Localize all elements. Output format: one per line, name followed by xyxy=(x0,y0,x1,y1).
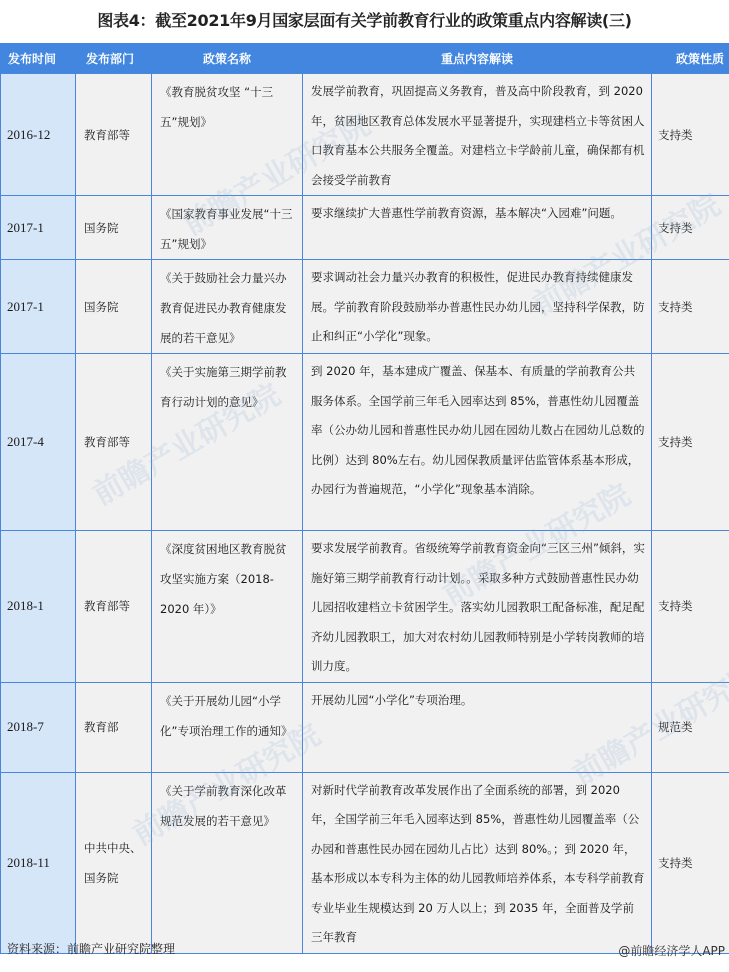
cell-dept: 教育部等 xyxy=(76,354,152,531)
cell-dept: 教育部等 xyxy=(76,531,152,683)
cell-time: 2016-12 xyxy=(1,74,76,196)
cell-dept: 国务院 xyxy=(76,260,152,354)
cell-dept: 国务院 xyxy=(76,196,152,260)
header-time: 发布时间 xyxy=(1,43,76,74)
policy-table: 发布时间 发布部门 政策名称 重点内容解读 政策性质 2016-12 教育部等 … xyxy=(0,43,729,954)
table-row: 2017-1 国务院 《国家教育事业发展“十三五”规划》 要求继续扩大普惠性学前… xyxy=(1,196,729,260)
cell-content: 开展幼儿园“小学化”专项治理。 xyxy=(303,682,652,772)
table-row: 2018-7 教育部 《关于开展幼儿园“小学化”专项治理工作的通知》 开展幼儿园… xyxy=(1,682,729,772)
cell-policy-type: 支持类 xyxy=(652,531,729,683)
table-row: 2017-1 国务院 《关于鼓励社会力量兴办教育促进民办教育健康发展的若干意见》… xyxy=(1,260,729,354)
chart-title: 图表4：截至2021年9月国家层面有关学前教育行业的政策重点内容解读(三) xyxy=(0,0,729,43)
table-row: 2017-4 教育部等 《关于实施第三期学前教育行动计划的意见》 到 2020 … xyxy=(1,354,729,531)
credit-label: @前瞻经济学人APP xyxy=(618,942,725,959)
cell-content: 到 2020 年，基本建成广覆盖、保基本、有质量的学前教育公共服务体系。全国学前… xyxy=(303,354,652,531)
table-header-row: 发布时间 发布部门 政策名称 重点内容解读 政策性质 xyxy=(1,43,729,74)
table-row: 2018-11 中共中央、国务院 《关于学前教育深化改革规范发展的若干意见》 对… xyxy=(1,772,729,953)
cell-policy-name: 《关于开展幼儿园“小学化”专项治理工作的通知》 xyxy=(152,682,303,772)
cell-dept: 中共中央、国务院 xyxy=(76,772,152,953)
cell-content: 要求发展学前教育。省级统筹学前教育资金向“三区三州”倾斜，实施好第三期学前教育行… xyxy=(303,531,652,683)
cell-policy-type: 支持类 xyxy=(652,772,729,953)
cell-time: 2018-11 xyxy=(1,772,76,953)
cell-dept: 教育部 xyxy=(76,682,152,772)
cell-policy-name: 《关于鼓励社会力量兴办教育促进民办教育健康发展的若干意见》 xyxy=(152,260,303,354)
cell-content: 对新时代学前教育改革发展作出了全面系统的部署，到 2020 年，全国学前三年毛入… xyxy=(303,772,652,953)
cell-policy-name: 《关于学前教育深化改革规范发展的若干意见》 xyxy=(152,772,303,953)
cell-policy-type: 规范类 xyxy=(652,682,729,772)
cell-content: 要求调动社会力量兴办教育的积极性，促进民办教育持续健康发展。学前教育阶段鼓励举办… xyxy=(303,260,652,354)
header-policy-type: 政策性质 xyxy=(652,43,729,74)
table-row: 2016-12 教育部等 《教育脱贫攻坚 “十三五”规划》 发展学前教育，巩固提… xyxy=(1,74,729,196)
cell-policy-type: 支持类 xyxy=(652,354,729,531)
source-note: 资料来源：前瞻产业研究院整理 xyxy=(7,940,175,957)
cell-content: 要求继续扩大普惠性学前教育资源，基本解决“入园难”问题。 xyxy=(303,196,652,260)
cell-policy-type: 支持类 xyxy=(652,260,729,354)
cell-time: 2018-7 xyxy=(1,682,76,772)
cell-policy-name: 《深度贫困地区教育脱贫攻坚实施方案（2018-2020 年）》 xyxy=(152,531,303,683)
cell-policy-name: 《国家教育事业发展“十三五”规划》 xyxy=(152,196,303,260)
cell-policy-name: 《关于实施第三期学前教育行动计划的意见》 xyxy=(152,354,303,531)
cell-policy-type: 支持类 xyxy=(652,196,729,260)
cell-dept: 教育部等 xyxy=(76,74,152,196)
cell-time: 2017-1 xyxy=(1,260,76,354)
cell-time: 2017-1 xyxy=(1,196,76,260)
header-dept: 发布部门 xyxy=(76,43,152,74)
cell-policy-name: 《教育脱贫攻坚 “十三五”规划》 xyxy=(152,74,303,196)
cell-content: 发展学前教育，巩固提高义务教育，普及高中阶段教育，到 2020 年，贫困地区教育… xyxy=(303,74,652,196)
header-policy-name: 政策名称 xyxy=(152,43,303,74)
header-content: 重点内容解读 xyxy=(303,43,652,74)
table-row: 2018-1 教育部等 《深度贫困地区教育脱贫攻坚实施方案（2018-2020 … xyxy=(1,531,729,683)
cell-policy-type: 支持类 xyxy=(652,74,729,196)
cell-time: 2018-1 xyxy=(1,531,76,683)
cell-time: 2017-4 xyxy=(1,354,76,531)
